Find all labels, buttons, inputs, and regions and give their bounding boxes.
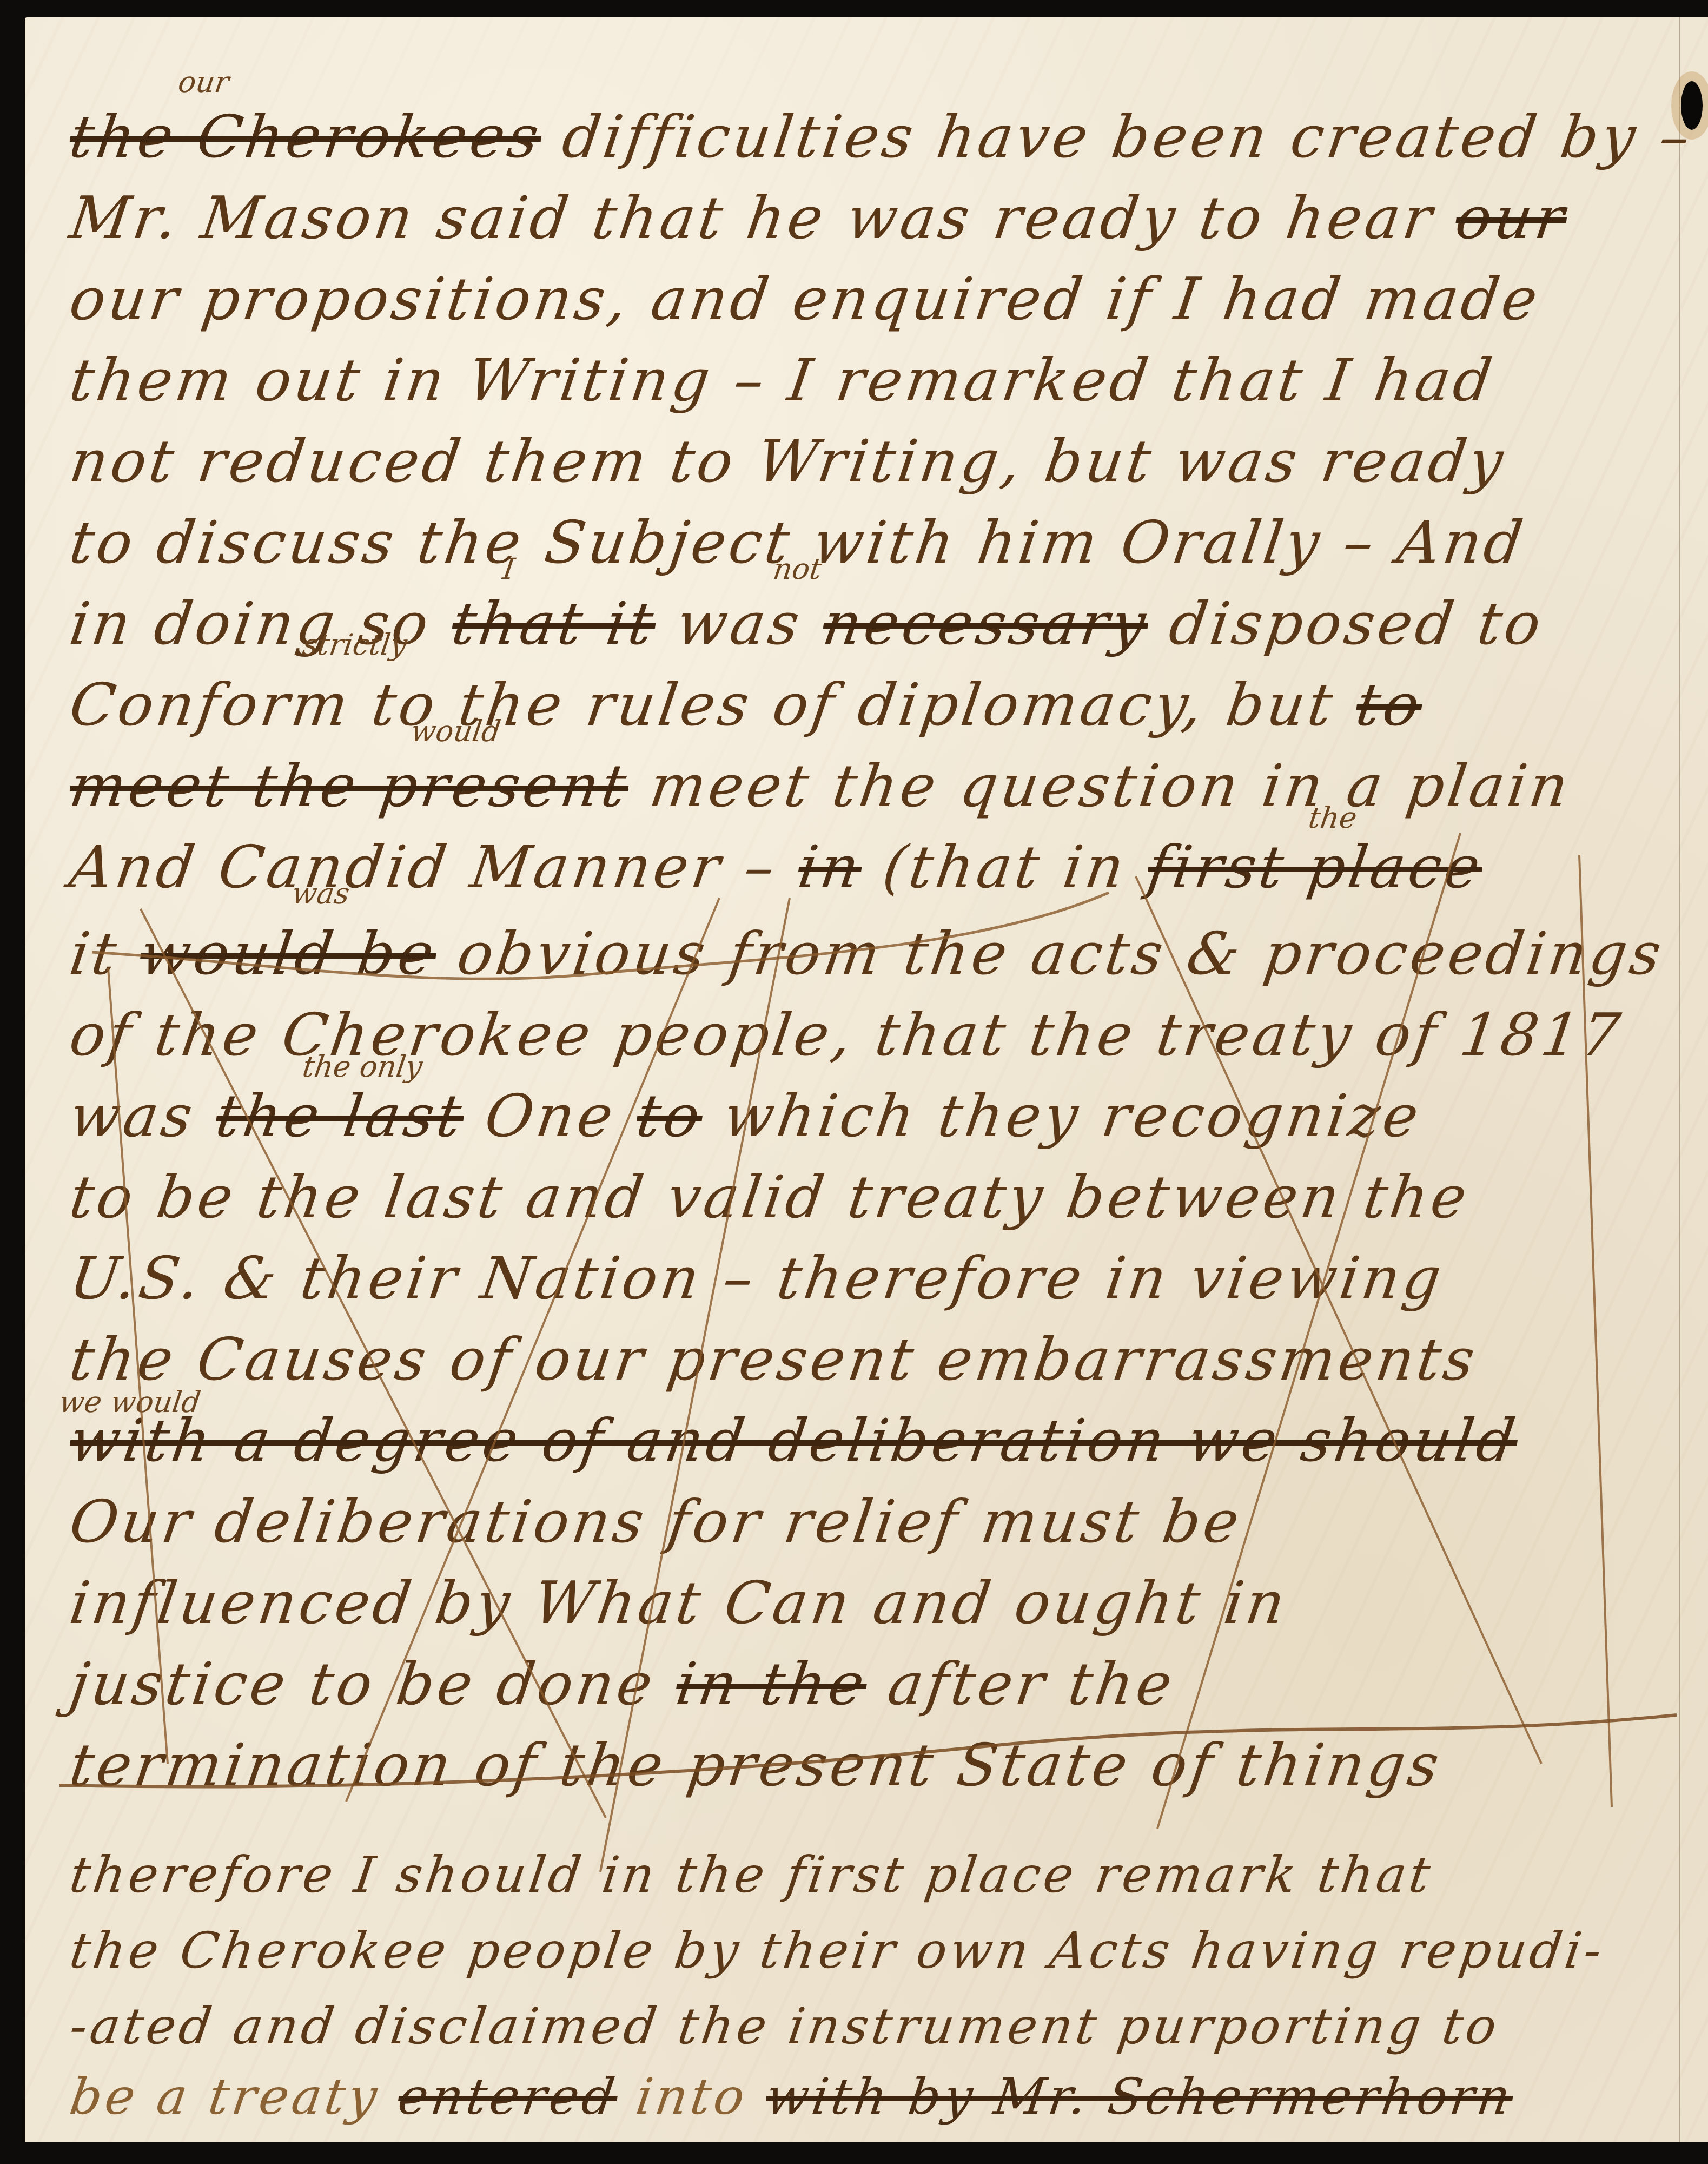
- manuscript-line-24: -ated and disclaimed the instrument purp…: [67, 2002, 1503, 2051]
- manuscript-line-16: the Causes of our present embarrassments: [66, 1331, 1481, 1389]
- manuscript-line-11: it would be obvious from the acts & proc…: [66, 925, 1667, 984]
- manuscript-line-14: to be the last and valid treaty between …: [66, 1169, 1473, 1227]
- manuscript-line-20: justice to be done in the after the: [66, 1655, 1179, 1714]
- manuscript-line-21: termination of the present State of thin…: [66, 1737, 1445, 1795]
- manuscript-line-10: And Candid Manner – in (that in first pl…: [66, 839, 1486, 897]
- manuscript-line-22: therefore I should in the first place re…: [67, 1850, 1436, 1900]
- insertion-the-only: the only: [301, 1050, 425, 1084]
- manuscript-line-15: U.S. & their Nation – therefore in viewi…: [66, 1250, 1447, 1308]
- page-fold: [1679, 17, 1680, 2142]
- manuscript-line-13: was the last One to which they recognize: [66, 1087, 1425, 1146]
- manuscript-line-17: with a degree of and deliberation we sho…: [66, 1412, 1521, 1470]
- manuscript-line-7: in doing so that it was necessary dispos…: [66, 595, 1547, 654]
- insertion-not: not: [771, 552, 824, 586]
- insertion-we-would: we would: [57, 1385, 203, 1419]
- insertion-was: was: [290, 876, 352, 911]
- manuscript-line-18: Our deliberations for relief must be: [66, 1493, 1246, 1552]
- manuscript-line-23: the Cherokee people by their own Acts ha…: [67, 1926, 1608, 1976]
- insertion-the: the: [1307, 801, 1359, 835]
- manuscript-line-19: influenced by What Can and ought in: [66, 1574, 1291, 1633]
- manuscript-line-3: our propositions, and enquired if I had …: [66, 270, 1544, 329]
- manuscript-line-4: them out in Writing – I remarked that I …: [66, 352, 1498, 410]
- manuscript-line-25: be a treaty entered into with by Mr. Sch…: [67, 2072, 1517, 2122]
- manuscript-line-2: Mr. Mason said that he was ready to hear…: [66, 189, 1571, 248]
- insertion-our: our: [176, 65, 231, 99]
- manuscript-page: [25, 17, 1708, 2142]
- manuscript-line-1: the Cherokees difficulties have been cre…: [66, 108, 1696, 167]
- insertion-strictly: strictly: [301, 628, 409, 662]
- insertion-would: would: [409, 714, 503, 748]
- manuscript-line-8: Conform to the rules of diplomacy, but t…: [66, 676, 1426, 735]
- manuscript-line-12: of the Cherokee people, that the treaty …: [66, 1006, 1626, 1065]
- manuscript-line-5: not reduced them to Writing, but was rea…: [66, 433, 1510, 491]
